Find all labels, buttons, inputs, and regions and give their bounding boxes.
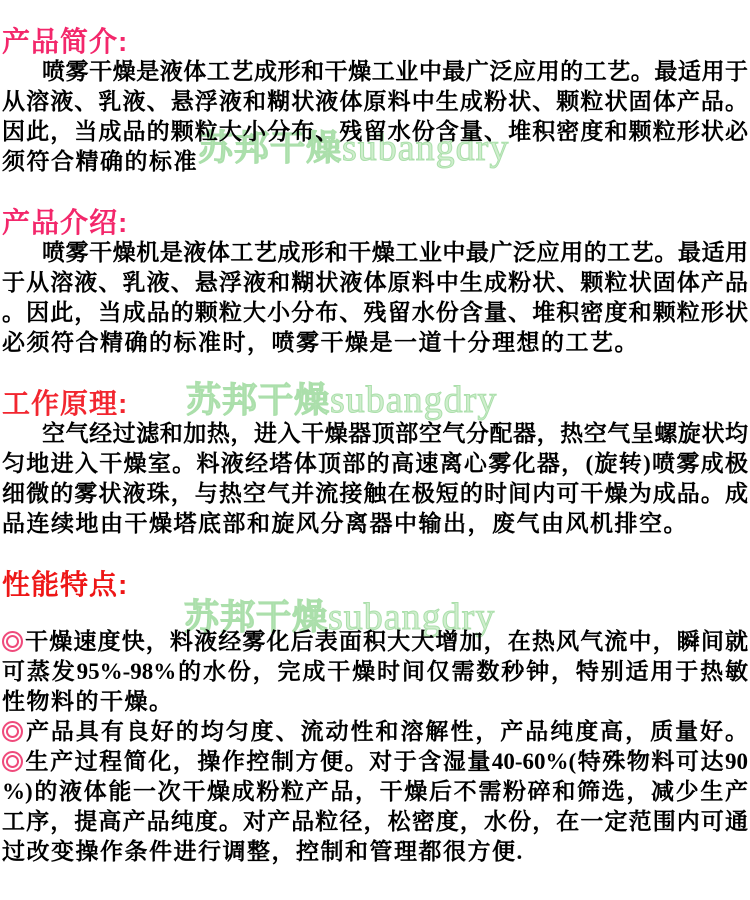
feature-item: 生产过程简化，操作控制方便。对于含湿量40-60%(特殊物料可达90%)的液体能…: [2, 747, 748, 867]
text-line: 性物料的干燥。: [2, 687, 748, 717]
bullet-ring-icon: [2, 721, 23, 742]
bullet-ring-icon: [2, 631, 23, 652]
text-line: 细微的雾状液珠，与热空气并流接触在极短的时间内可干燥为成品。成: [2, 479, 748, 509]
paragraph: 喷雾干燥是液体工艺成形和干燥工业中最广泛应用的工艺。最适用于从溶液、乳液、悬浮液…: [2, 57, 748, 177]
feature-item: 产品具有良好的均匀度、流动性和溶解性，产品纯度高，质量好。: [2, 717, 748, 747]
text-line: 空气经过滤和加热，进入干燥器顶部空气分配器，热空气呈螺旋状均: [2, 419, 748, 449]
paragraph: 喷雾干燥机是液体工艺成形和干燥工业中最广泛应用的工艺。最适用于从溶液、乳液、悬浮…: [2, 238, 748, 358]
text-line: 因此，当成品的颗粒大小分布、残留水份含量、堆积密度和颗粒形状必: [2, 117, 748, 147]
bullet-text: 生产过程简化，操作控制方便。对于含湿量40-60%(特殊物料可达90: [24, 749, 748, 774]
text-line: 。因此，当成品的颗粒大小分布、残留水份含量、堆积密度和颗粒形状: [2, 298, 748, 328]
heading-product-intro: 产品介绍:: [2, 208, 748, 238]
text-line: 品连续地由干燥塔底部和旋风分离器中输出，废气由风机排空。: [2, 509, 748, 539]
product-description-page: { "colors": { "bullet_ring": "#ef4a7b", …: [0, 0, 750, 900]
section-product-brief: 产品简介:喷雾干燥是液体工艺成形和干燥工业中最广泛应用的工艺。最适用于从溶液、乳…: [2, 27, 748, 177]
text-line: 工序，提高产品纯度。对产品粒径，松密度，水份，在一定范围内可通: [2, 807, 748, 837]
heading-performance-features: 性能特点:: [2, 570, 748, 600]
bullet-text: 产品具有良好的均匀度、流动性和溶解性，产品纯度高，质量好。: [24, 719, 748, 744]
text-line: 须符合精确的标准: [2, 147, 748, 177]
text-line: 产品具有良好的均匀度、流动性和溶解性，产品纯度高，质量好。: [2, 717, 748, 747]
heading-working-principle: 工作原理:: [2, 389, 748, 419]
content: 产品简介:喷雾干燥是液体工艺成形和干燥工业中最广泛应用的工艺。最适用于从溶液、乳…: [0, 0, 750, 867]
text-line: 必须符合精确的标准时，喷雾干燥是一道十分理想的工艺。: [2, 328, 748, 358]
text-line: 干燥速度快，料液经雾化后表面积大大增加，在热风气流中，瞬间就: [2, 627, 748, 657]
section-working-principle: 工作原理:空气经过滤和加热，进入干燥器顶部空气分配器，热空气呈螺旋状均匀地进入干…: [2, 389, 748, 539]
text-line: 于从溶液、乳液、悬浮液和糊状液体原料中生成粉状、颗粒状固体产品: [2, 268, 748, 298]
bullet-text: 干燥速度快，料液经雾化后表面积大大增加，在热风气流中，瞬间就: [24, 629, 748, 654]
feature-list: 干燥速度快，料液经雾化后表面积大大增加，在热风气流中，瞬间就可蒸发95%-98%…: [2, 627, 748, 867]
feature-item: 干燥速度快，料液经雾化后表面积大大增加，在热风气流中，瞬间就可蒸发95%-98%…: [2, 627, 748, 717]
text-line: 喷雾干燥机是液体工艺成形和干燥工业中最广泛应用的工艺。最适用: [2, 238, 748, 268]
text-line: 从溶液、乳液、悬浮液和糊状液体原料中生成粉状、颗粒状固体产品。: [2, 87, 748, 117]
section-product-intro: 产品介绍:喷雾干燥机是液体工艺成形和干燥工业中最广泛应用的工艺。最适用于从溶液、…: [2, 208, 748, 358]
text-line: 喷雾干燥是液体工艺成形和干燥工业中最广泛应用的工艺。最适用于: [2, 57, 748, 87]
heading-product-brief: 产品简介:: [2, 27, 748, 57]
text-line: %)的液体能一次干燥成粉粒产品，干燥后不需粉碎和筛选，减少生产: [2, 777, 748, 807]
text-line: 过改变操作条件进行调整，控制和管理都很方便.: [2, 837, 748, 867]
text-line: 生产过程简化，操作控制方便。对于含湿量40-60%(特殊物料可达90: [2, 747, 748, 777]
bullet-ring-icon: [2, 751, 23, 772]
text-line: 匀地进入干燥室。料液经塔体顶部的高速离心雾化器，(旋转)喷雾成极: [2, 449, 748, 479]
section-performance-features: 性能特点:干燥速度快，料液经雾化后表面积大大增加，在热风气流中，瞬间就可蒸发95…: [2, 570, 748, 867]
text-line: 可蒸发95%-98%的水份，完成干燥时间仅需数秒钟，特别适用于热敏: [2, 657, 748, 687]
paragraph: 空气经过滤和加热，进入干燥器顶部空气分配器，热空气呈螺旋状均匀地进入干燥室。料液…: [2, 419, 748, 539]
